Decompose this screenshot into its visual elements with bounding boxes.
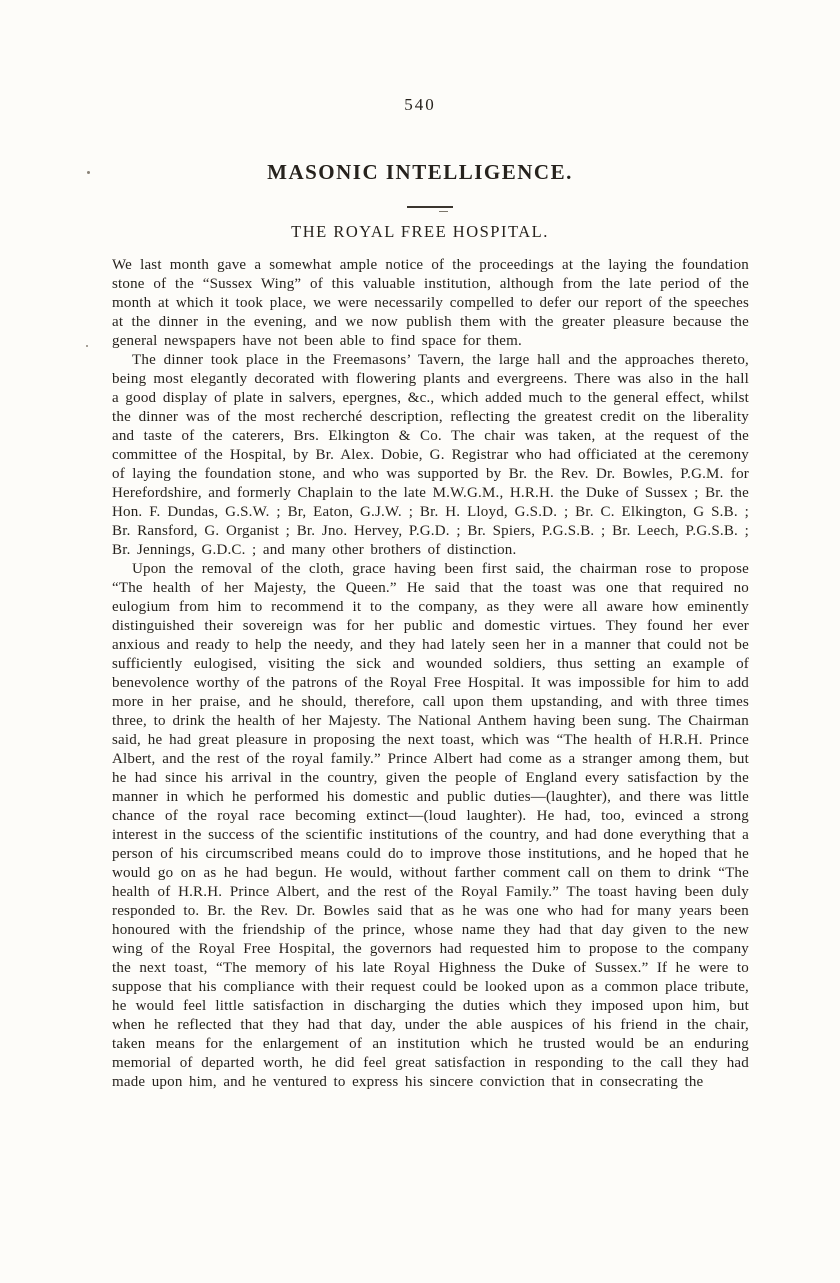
document-page: 540 MASONIC INTELLIGENCE. THE ROYAL FREE… (0, 0, 840, 1283)
scan-speck (86, 345, 88, 347)
scan-speck (87, 171, 90, 174)
page-number: 540 (0, 95, 840, 115)
article-body: We last month gave a somewhat ample noti… (112, 256, 749, 1092)
article-title: THE ROYAL FREE HOSPITAL. (0, 222, 840, 242)
paragraph-intro: We last month gave a somewhat ample noti… (112, 256, 749, 351)
title-divider (407, 206, 453, 208)
section-title: MASONIC INTELLIGENCE. (0, 160, 840, 185)
paragraph-toasts: Upon the removal of the cloth, grace hav… (112, 560, 749, 1092)
paragraph-dinner-description: The dinner took place in the Freemasons’… (112, 351, 749, 560)
